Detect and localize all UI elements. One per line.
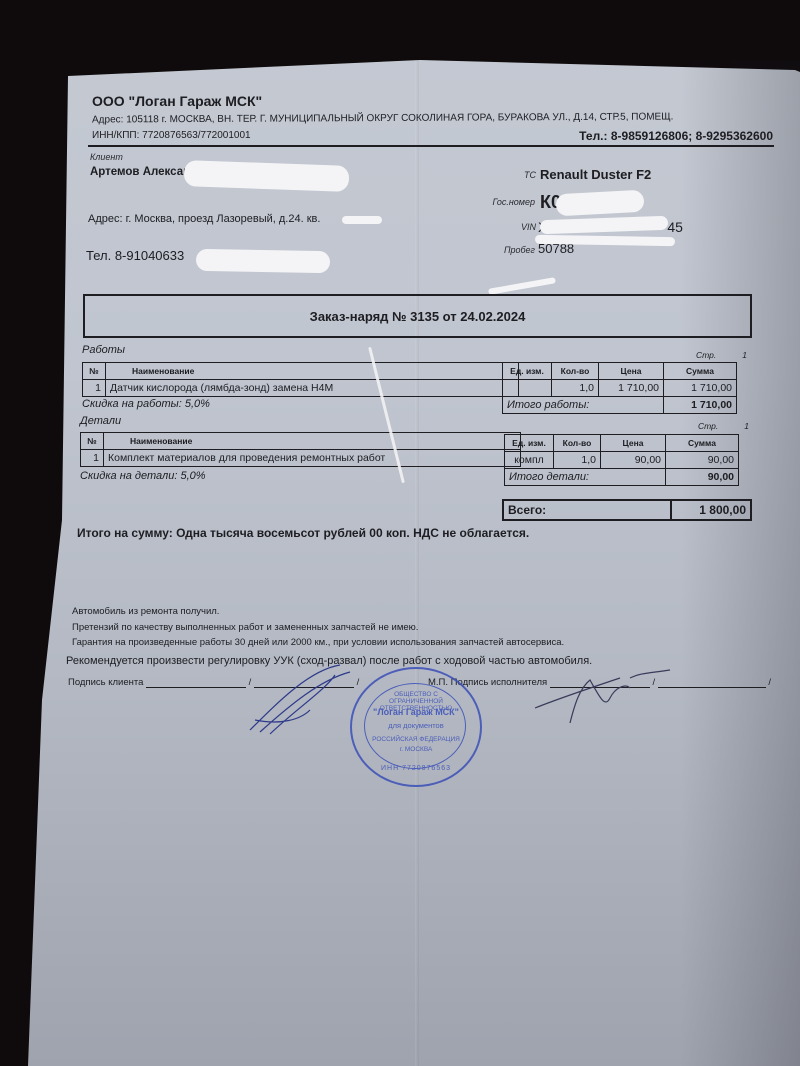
- grand-total-box: Всего: 1 800,00: [502, 499, 752, 521]
- table-row: 1,0 1 710,00 1 710,00: [503, 380, 737, 397]
- col-number: №: [81, 433, 104, 450]
- table-row: компл 1,0 90,00 90,00: [505, 452, 739, 469]
- works-total: 1 710,00: [664, 397, 737, 414]
- col-sum: Сумма: [664, 363, 737, 380]
- work-row-number: 1: [83, 380, 106, 397]
- parts-page-label: Стр.1: [698, 421, 749, 431]
- client-signature-label: Подпись клиента: [68, 677, 143, 688]
- grand-total-label: Всего:: [503, 500, 671, 520]
- redaction-mark: [555, 190, 644, 217]
- client-phone: Тел. 8-91040633: [86, 248, 184, 263]
- parts-total: 90,00: [666, 469, 739, 486]
- col-price: Цена: [601, 435, 666, 452]
- vehicle-vin-suffix: 45: [667, 219, 683, 235]
- works-page-number: 1: [742, 350, 747, 360]
- grand-total-value: 1 800,00: [671, 500, 751, 520]
- client-name-field: [254, 677, 354, 688]
- term-received: Автомобиль из ремонта получил.: [72, 606, 219, 617]
- col-name: Наименование: [104, 433, 521, 450]
- works-table-right: Ед. изм. Кол-во Цена Сумма 1,0 1 710,00 …: [502, 362, 737, 414]
- redaction-mark: [196, 249, 330, 273]
- work-row-price: 1 710,00: [599, 380, 664, 397]
- header-divider: [88, 145, 774, 147]
- order-title: Заказ-наряд № 3135 от 24.02.2024: [310, 309, 526, 324]
- executor-name-field: [658, 677, 766, 688]
- company-inn-kpp: ИНН/КПП: 7720876563/772001001: [92, 130, 251, 141]
- works-table-left: № Наименование 1 Датчик кислорода (лямбд…: [82, 362, 519, 397]
- part-row-unit: компл: [505, 452, 554, 469]
- vehicle-plate-label: Гос.номер: [475, 197, 535, 207]
- executor-signature-line: М.П. Подпись исполнителя / /: [428, 677, 771, 688]
- col-name: Наименование: [106, 363, 519, 380]
- part-row-sum: 90,00: [666, 452, 739, 469]
- col-unit: Ед. изм.: [503, 363, 552, 380]
- sum-in-words: Итого на сумму: Одна тысяча восемьсот ру…: [77, 526, 529, 540]
- term-warranty: Гарантия на произведенные работы 30 дней…: [72, 637, 564, 648]
- stamp-city: г. МОСКВА: [352, 746, 480, 753]
- table-row: 1 Комплект материалов для проведения рем…: [81, 450, 521, 467]
- works-page-label: Стр.1: [696, 350, 747, 360]
- part-row-price: 90,00: [601, 452, 666, 469]
- company-name: ООО "Логан Гараж МСК": [92, 93, 262, 109]
- col-sum: Сумма: [666, 435, 739, 452]
- stamp-inn: ИНН 7720876563: [352, 765, 480, 772]
- company-stamp: ОБЩЕСТВО С ОГРАНИЧЕННОЙ ОТВЕТСТВЕННОСТЬЮ…: [350, 667, 482, 787]
- works-page-label-text: Стр.: [696, 350, 716, 360]
- works-discount: Скидка на работы: 5,0%: [82, 398, 210, 410]
- col-number: №: [83, 363, 106, 380]
- parts-discount: Скидка на детали: 5,0%: [80, 470, 206, 482]
- client-signature-field: [146, 677, 246, 688]
- work-row-name: Датчик кислорода (лямбда-зонд) замена Н4…: [106, 380, 519, 397]
- parts-page-number: 1: [744, 421, 749, 431]
- stamp-country: РОССИЙСКАЯ ФЕДЕРАЦИЯ: [352, 736, 480, 743]
- work-row-sum: 1 710,00: [664, 380, 737, 397]
- stamp-company-name: "Логан Гараж МСК": [352, 707, 480, 717]
- col-qty: Кол-во: [552, 363, 599, 380]
- table-row: 1 Датчик кислорода (лямбда-зонд) замена …: [83, 380, 519, 397]
- work-row-unit: [503, 380, 552, 397]
- parts-table-right: Ед. изм. Кол-во Цена Сумма компл 1,0 90,…: [504, 434, 739, 486]
- vehicle-model-label: ТС: [476, 170, 536, 180]
- client-label: Клиент: [90, 152, 123, 162]
- parts-total-label: Итого детали:: [505, 469, 666, 486]
- stamp-purpose: для документов: [352, 721, 480, 730]
- vehicle-vin-label: VIN: [476, 222, 536, 232]
- works-total-label: Итого работы:: [503, 397, 664, 414]
- works-section-title: Работы: [82, 344, 125, 356]
- parts-page-label-text: Стр.: [698, 421, 718, 431]
- vehicle-model: Renault Duster F2: [540, 167, 651, 182]
- company-phones: Тел.: 8-9859126806; 8-9295362600: [579, 129, 773, 143]
- redaction-mark: [342, 216, 382, 224]
- col-unit: Ед. изм.: [505, 435, 554, 452]
- executor-signature-field: [550, 677, 650, 688]
- parts-section-title: Детали: [80, 415, 121, 427]
- col-qty: Кол-во: [554, 435, 601, 452]
- client-address: Адрес: г. Москва, проезд Лазоревый, д.24…: [88, 213, 320, 225]
- part-row-qty: 1,0: [554, 452, 601, 469]
- parts-table-left: № Наименование 1 Комплект материалов для…: [80, 432, 521, 467]
- term-no-claims: Претензий по качеству выполненных работ …: [72, 622, 418, 633]
- col-price: Цена: [599, 363, 664, 380]
- part-row-name: Комплект материалов для проведения ремон…: [104, 450, 521, 467]
- vehicle-mileage-label: Пробег: [475, 245, 535, 255]
- order-title-box: Заказ-наряд № 3135 от 24.02.2024: [83, 294, 752, 338]
- work-row-qty: 1,0: [552, 380, 599, 397]
- recommendation: Рекомендуется произвести регулировку УУК…: [66, 655, 592, 667]
- client-signature-line: Подпись клиента / /: [68, 677, 359, 688]
- part-row-number: 1: [81, 450, 104, 467]
